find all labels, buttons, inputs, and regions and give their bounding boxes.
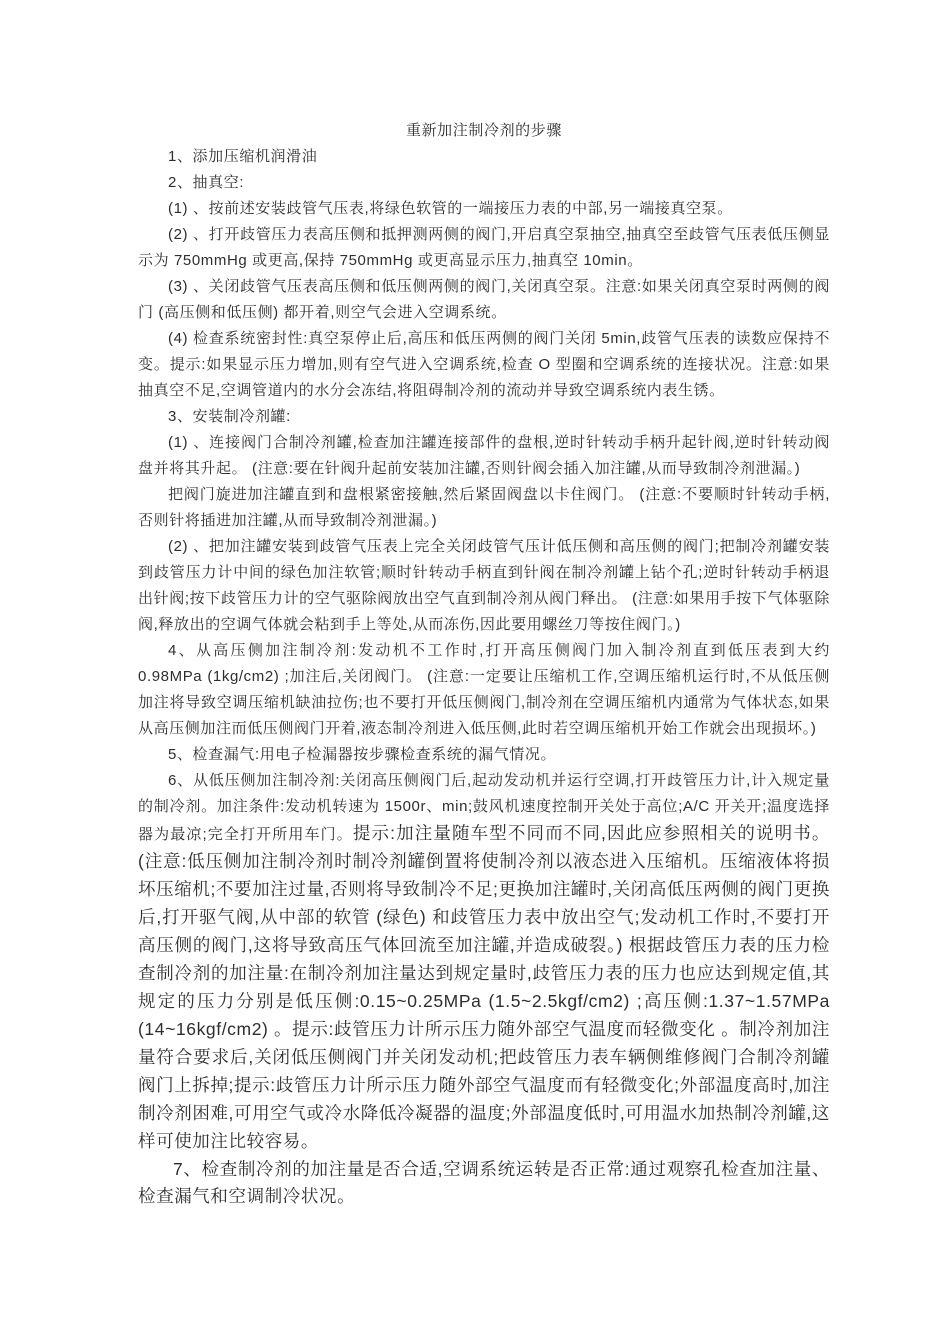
paragraph-step-3-1: (1) 、连接阀门合制冷剂罐,检查加注罐连接部件的盘根,逆时针转动手柄升起针阀,… xyxy=(138,430,830,482)
paragraph-step-2-1: (1) 、按前述安装歧管气压表,将绿色软管的一端接压力表的中部,另一端接真空泵。 xyxy=(138,196,830,222)
paragraph-step-2-2: (2) 、打开歧管压力表高压侧和抵押测两侧的阀门,开启真空泵抽空,抽真空至歧管气… xyxy=(138,222,830,274)
paragraph-step-2-3: (3) 、关闭歧管气压表高压侧和低压侧两侧的阀门,关闭真空泵。注意:如果关闭真空… xyxy=(138,274,830,326)
step-6-large-text: 提示:加注量随车型不同而不同,因此应参照相关的说明书。 (注意:低压侧加注制冷剂… xyxy=(138,823,830,1151)
paragraph-step-7: 7、检查制冷剂的加注量是否合适,空调系统运转是否正常:通过观察孔检查加注量、检查… xyxy=(138,1156,830,1210)
paragraph-step-5: 5、检查漏气:用电子检漏器按步骤检查系统的漏气情况。 xyxy=(138,742,830,768)
paragraph-step-4: 4、从高压侧加注制冷剂:发动机不工作时,打开高压侧阀门加入制冷剂直到低压表到大约… xyxy=(138,638,830,742)
paragraph-step-2-4: (4) 检查系统密封性:真空泵停止后,高压和低压两侧的阀门关闭 5min,歧管气… xyxy=(138,326,830,404)
paragraph-step-3-2: (2) 、把加注罐安装到歧管气压表上完全关闭歧管气压计低压侧和高压侧的阀门;把制… xyxy=(138,534,830,638)
document-title: 重新加注制冷剂的步骤 xyxy=(138,118,830,144)
paragraph-step-1: 1、添加压缩机润滑油 xyxy=(138,144,830,170)
paragraph-step-3-1b: 把阀门旋进加注罐直到和盘根紧密接触,然后紧固阀盘以卡住阀门。 (注意:不要顺时针… xyxy=(138,482,830,534)
paragraph-step-3: 3、安装制冷剂罐: xyxy=(138,404,830,430)
document-content: 重新加注制冷剂的步骤 1、添加压缩机润滑油 2、抽真空: (1) 、按前述安装歧… xyxy=(138,118,830,1210)
paragraph-step-6: 6、从低压侧加注制冷剂:关闭高压侧阀门后,起动发动机并运行空调,打开歧管压力计,… xyxy=(138,768,830,1156)
paragraph-step-2: 2、抽真空: xyxy=(138,170,830,196)
document-page: 重新加注制冷剂的步骤 1、添加压缩机润滑油 2、抽真空: (1) 、按前述安装歧… xyxy=(0,0,950,1344)
